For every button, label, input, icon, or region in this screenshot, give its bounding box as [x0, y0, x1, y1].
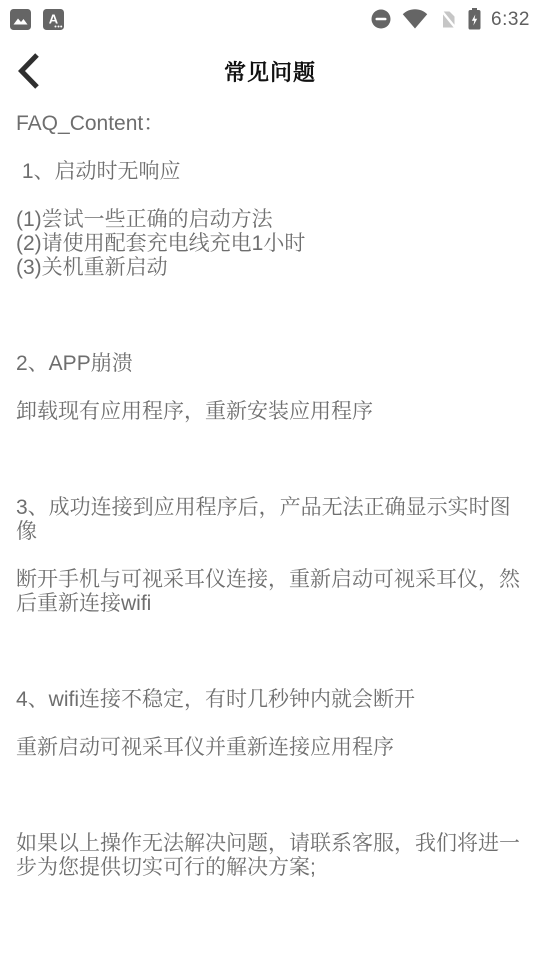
status-bar-right: 6:32	[370, 8, 530, 30]
faq-intro-label: FAQ_Content：	[16, 112, 524, 136]
faq-answer: 断开手机与可视采耳仪连接，重新启动可视采耳仪，然后重新连接wifi	[16, 568, 524, 616]
faq-content[interactable]: FAQ_Content： 1、启动时无响应 (1)尝试一些正确的启动方法 (2)…	[0, 104, 540, 880]
screenshot-notification-icon	[10, 9, 31, 30]
faq-section-2: 2、APP崩溃 卸载现有应用程序，重新安装应用程序	[16, 352, 524, 424]
no-sim-icon	[438, 8, 458, 30]
faq-question: 4、wifi连接不稳定，有时几秒钟内就会断开	[16, 688, 524, 712]
faq-section-4: 4、wifi连接不稳定，有时几秒钟内就会断开 重新启动可视采耳仪并重新连接应用程…	[16, 688, 524, 760]
faq-footer-note: 如果以上操作无法解决问题，请联系客服，我们将进一步为您提供切实可行的解决方案;	[16, 832, 524, 880]
faq-question: 2、APP崩溃	[16, 352, 524, 376]
status-bar: A	[0, 0, 540, 38]
status-bar-left: A	[10, 9, 64, 30]
faq-answer: 重新启动可视采耳仪并重新连接应用程序	[16, 736, 524, 760]
page-title: 常见问题	[224, 56, 316, 87]
faq-section-3: 3、成功连接到应用程序后，产品无法正确显示实时图像 断开手机与可视采耳仪连接，重…	[16, 496, 524, 616]
back-chevron-icon	[14, 51, 42, 91]
faq-answer: 卸载现有应用程序，重新安装应用程序	[16, 400, 524, 424]
faq-answer: (1)尝试一些正确的启动方法 (2)请使用配套充电线充电1小时 (3)关机重新启…	[16, 208, 524, 280]
header: 常见问题	[0, 38, 540, 104]
svg-text:A: A	[49, 11, 59, 26]
wifi-icon	[402, 9, 428, 30]
battery-charging-icon	[468, 8, 481, 30]
faq-question: 3、成功连接到应用程序后，产品无法正确显示实时图像	[16, 496, 524, 544]
input-method-a-icon: A	[43, 9, 64, 30]
faq-screen: A	[0, 0, 540, 960]
faq-question: 1、启动时无响应	[16, 160, 524, 184]
status-time: 6:32	[491, 10, 530, 29]
do-not-disturb-icon	[370, 8, 392, 30]
back-button[interactable]	[10, 47, 46, 95]
faq-section-1: 1、启动时无响应 (1)尝试一些正确的启动方法 (2)请使用配套充电线充电1小时…	[16, 160, 524, 280]
